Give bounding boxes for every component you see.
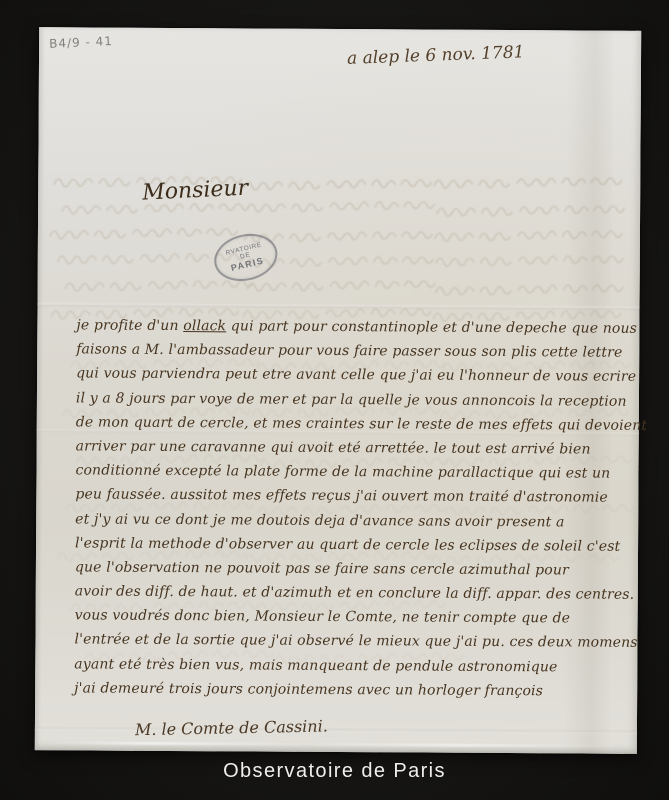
letter-body: je profite d'un ollack qui part pour con… [74, 313, 648, 703]
letter-line: l'esprit la methode d'observer au quart … [75, 531, 647, 559]
letter-line: ayant eté très bien vus, mais manqueant … [74, 652, 646, 680]
letter-line: arriver par une caravanne qui avoit eté … [76, 434, 648, 462]
letter-salutation: Monsieur [142, 176, 249, 206]
paper-crease [35, 727, 637, 734]
letter-line: j'ai demeuré trois jours conjointemens a… [74, 676, 646, 704]
letter-line: et j'y ai vu ce dont je me doutois deja … [75, 507, 647, 535]
letter-line: conditionné excepté la plate forme de la… [75, 459, 647, 487]
photo-background: B4/9 - 41 a alep le 6 nov. 1781 Monsieur… [0, 0, 669, 800]
observatoire-stamp: RVATOIRE DE PARIS [209, 228, 282, 288]
photo-caption: Observatoire de Paris [0, 760, 669, 783]
underlined-word: ollack [183, 318, 226, 334]
letter-page: B4/9 - 41 a alep le 6 nov. 1781 Monsieur… [35, 27, 641, 754]
letter-line-text: qui part pour constantinople et d'une de… [226, 318, 637, 337]
letter-line: je profite d'un ollack qui part pour con… [76, 313, 648, 341]
letter-line: qui vous parviendra peut etre avant cell… [76, 362, 648, 390]
paper-crease [38, 303, 640, 310]
letter-line: que l'observation ne pouvoit pas se fair… [75, 555, 647, 583]
letter-line: il y a 8 jours par voye de mer et par la… [76, 386, 648, 414]
letter-line: peu faussée. aussitot mes effets reçus j… [75, 483, 647, 511]
letter-line: avoir des diff. de haut. et d'azimuth et… [75, 579, 647, 607]
letter-line: de mon quart de cercle, et mes craintes … [76, 410, 648, 438]
letter-line: vous voudrés donc bien, Monsieur le Comt… [75, 604, 647, 632]
stamp-line-bottom: PARIS [230, 255, 265, 273]
shelfmark-note: B4/9 - 41 [49, 34, 113, 51]
letter-line: l'entrée et de la sortie que j'ai observ… [74, 628, 646, 656]
letter-line: faisons a M. l'ambassadeur pour vous fai… [76, 338, 648, 366]
letter-address: M. le Comte de Cassini. [135, 716, 328, 739]
letter-line-text: je profite d'un [76, 317, 183, 334]
letter-dateline: a alep le 6 nov. 1781 [347, 42, 525, 69]
